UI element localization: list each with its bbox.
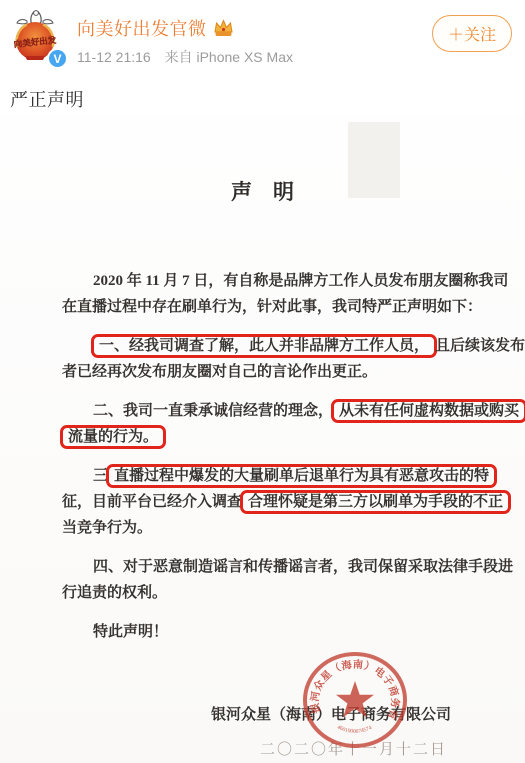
vip-crown-icon (213, 19, 234, 38)
statement-date: 二〇二〇年十一月十二日 (62, 737, 475, 763)
statement-body: 2020 年 11 月 7 日，有自称是品牌方工作人员发布朋友圈称我司 在直播过… (62, 268, 475, 763)
highlighted-text: 从未有任何虚构数据或购买 (331, 399, 525, 423)
paragraph-3: 三直播过程中爆发的大量刷单后退单行为具有恶意攻击的特 征，目前平台已经介入调查合… (62, 463, 475, 541)
doc-line: 三直播过程中爆发的大量刷单后退单行为具有恶意攻击的特 (62, 463, 475, 489)
post-source: 来自 iPhone XS Max (165, 49, 293, 65)
paragraph-2: 二、我司一直秉承诚信经营的理念，从未有任何虚构数据或购买 流量的行为。 (62, 398, 475, 450)
doc-text: 二、我司一直秉承诚信经营的理念， (93, 403, 333, 419)
doc-line: 二、我司一直秉承诚信经营的理念，从未有任何虚构数据或购买 (62, 398, 475, 424)
company-name: 银河众星（海南）电子商务有限公司 (62, 702, 475, 728)
doc-line: 特此声明！ (62, 619, 475, 645)
doc-line: 2020 年 11 月 7 日，有自称是品牌方工作人员发布朋友圈称我司 (62, 268, 475, 294)
doc-line: 者已经再次发布朋友圈对自己的言论作出更正。 (62, 359, 475, 385)
post-text: 严正声明 (10, 86, 84, 112)
doc-line: 在直播过程中存在刷单行为，针对此事，我司特严正声明如下： (62, 294, 475, 320)
weibo-post: 向美好出发 V 向美好出发官微 11-12 21:16 来自 iPhone XS… (0, 0, 525, 763)
doc-line: 四、对于恶意制造谣言和传播谣言者，我司保留采取法律手段进 (62, 554, 475, 580)
photo-shadow (348, 122, 400, 198)
doc-line: 流量的行为。 (62, 424, 475, 450)
highlighted-text: 流量的行为。 (60, 425, 166, 449)
closing-line: 特此声明！ (62, 619, 475, 645)
username[interactable]: 向美好出发官微 (77, 15, 207, 41)
paragraph-intro: 2020 年 11 月 7 日，有自称是品牌方工作人员发布朋友圈称我司 在直播过… (62, 268, 475, 320)
verified-badge-icon: V (47, 48, 68, 69)
doc-line: 行追责的权利。 (62, 580, 475, 606)
highlighted-text: 直播过程中爆发的大量刷单后退单行为具有恶意攻击的特 (106, 464, 497, 488)
statement-title: 声 明 (0, 116, 525, 206)
timestamp: 11-12 21:16 (77, 49, 151, 65)
paragraph-4: 四、对于恶意制造谣言和传播谣言者，我司保留采取法律手段进 行追责的权利。 (62, 554, 475, 606)
follow-button[interactable]: ＋关注 (432, 15, 512, 52)
paragraph-1: 一、经我司调查了解，此人并非品牌方工作人员，且后续该发布 者已经再次发布朋友圈对… (62, 333, 475, 385)
post-header: 向美好出发 V 向美好出发官微 11-12 21:16 来自 iPhone XS… (0, 0, 525, 86)
statement-image[interactable]: 声 明 2020 年 11 月 7 日，有自称是品牌方工作人员发布朋友圈称我司 … (0, 116, 525, 763)
highlighted-text: 合理怀疑是第三方以刷单为手段的不正 (240, 490, 511, 514)
doc-text: 且后续该发布 (435, 338, 525, 354)
doc-text: 征，目前平台已经介入调查 (62, 494, 242, 510)
doc-line: 一、经我司调查了解，此人并非品牌方工作人员，且后续该发布 (62, 333, 475, 359)
avatar[interactable]: 向美好出发 V (5, 4, 65, 64)
doc-line: 当竞争行为。 (62, 515, 475, 541)
post-meta: 11-12 21:16 来自 iPhone XS Max (77, 47, 293, 67)
highlighted-text: 一、经我司调查了解，此人并非品牌方工作人员， (91, 334, 437, 358)
doc-line: 征，目前平台已经介入调查合理怀疑是第三方以刷单为手段的不正 (62, 489, 475, 515)
